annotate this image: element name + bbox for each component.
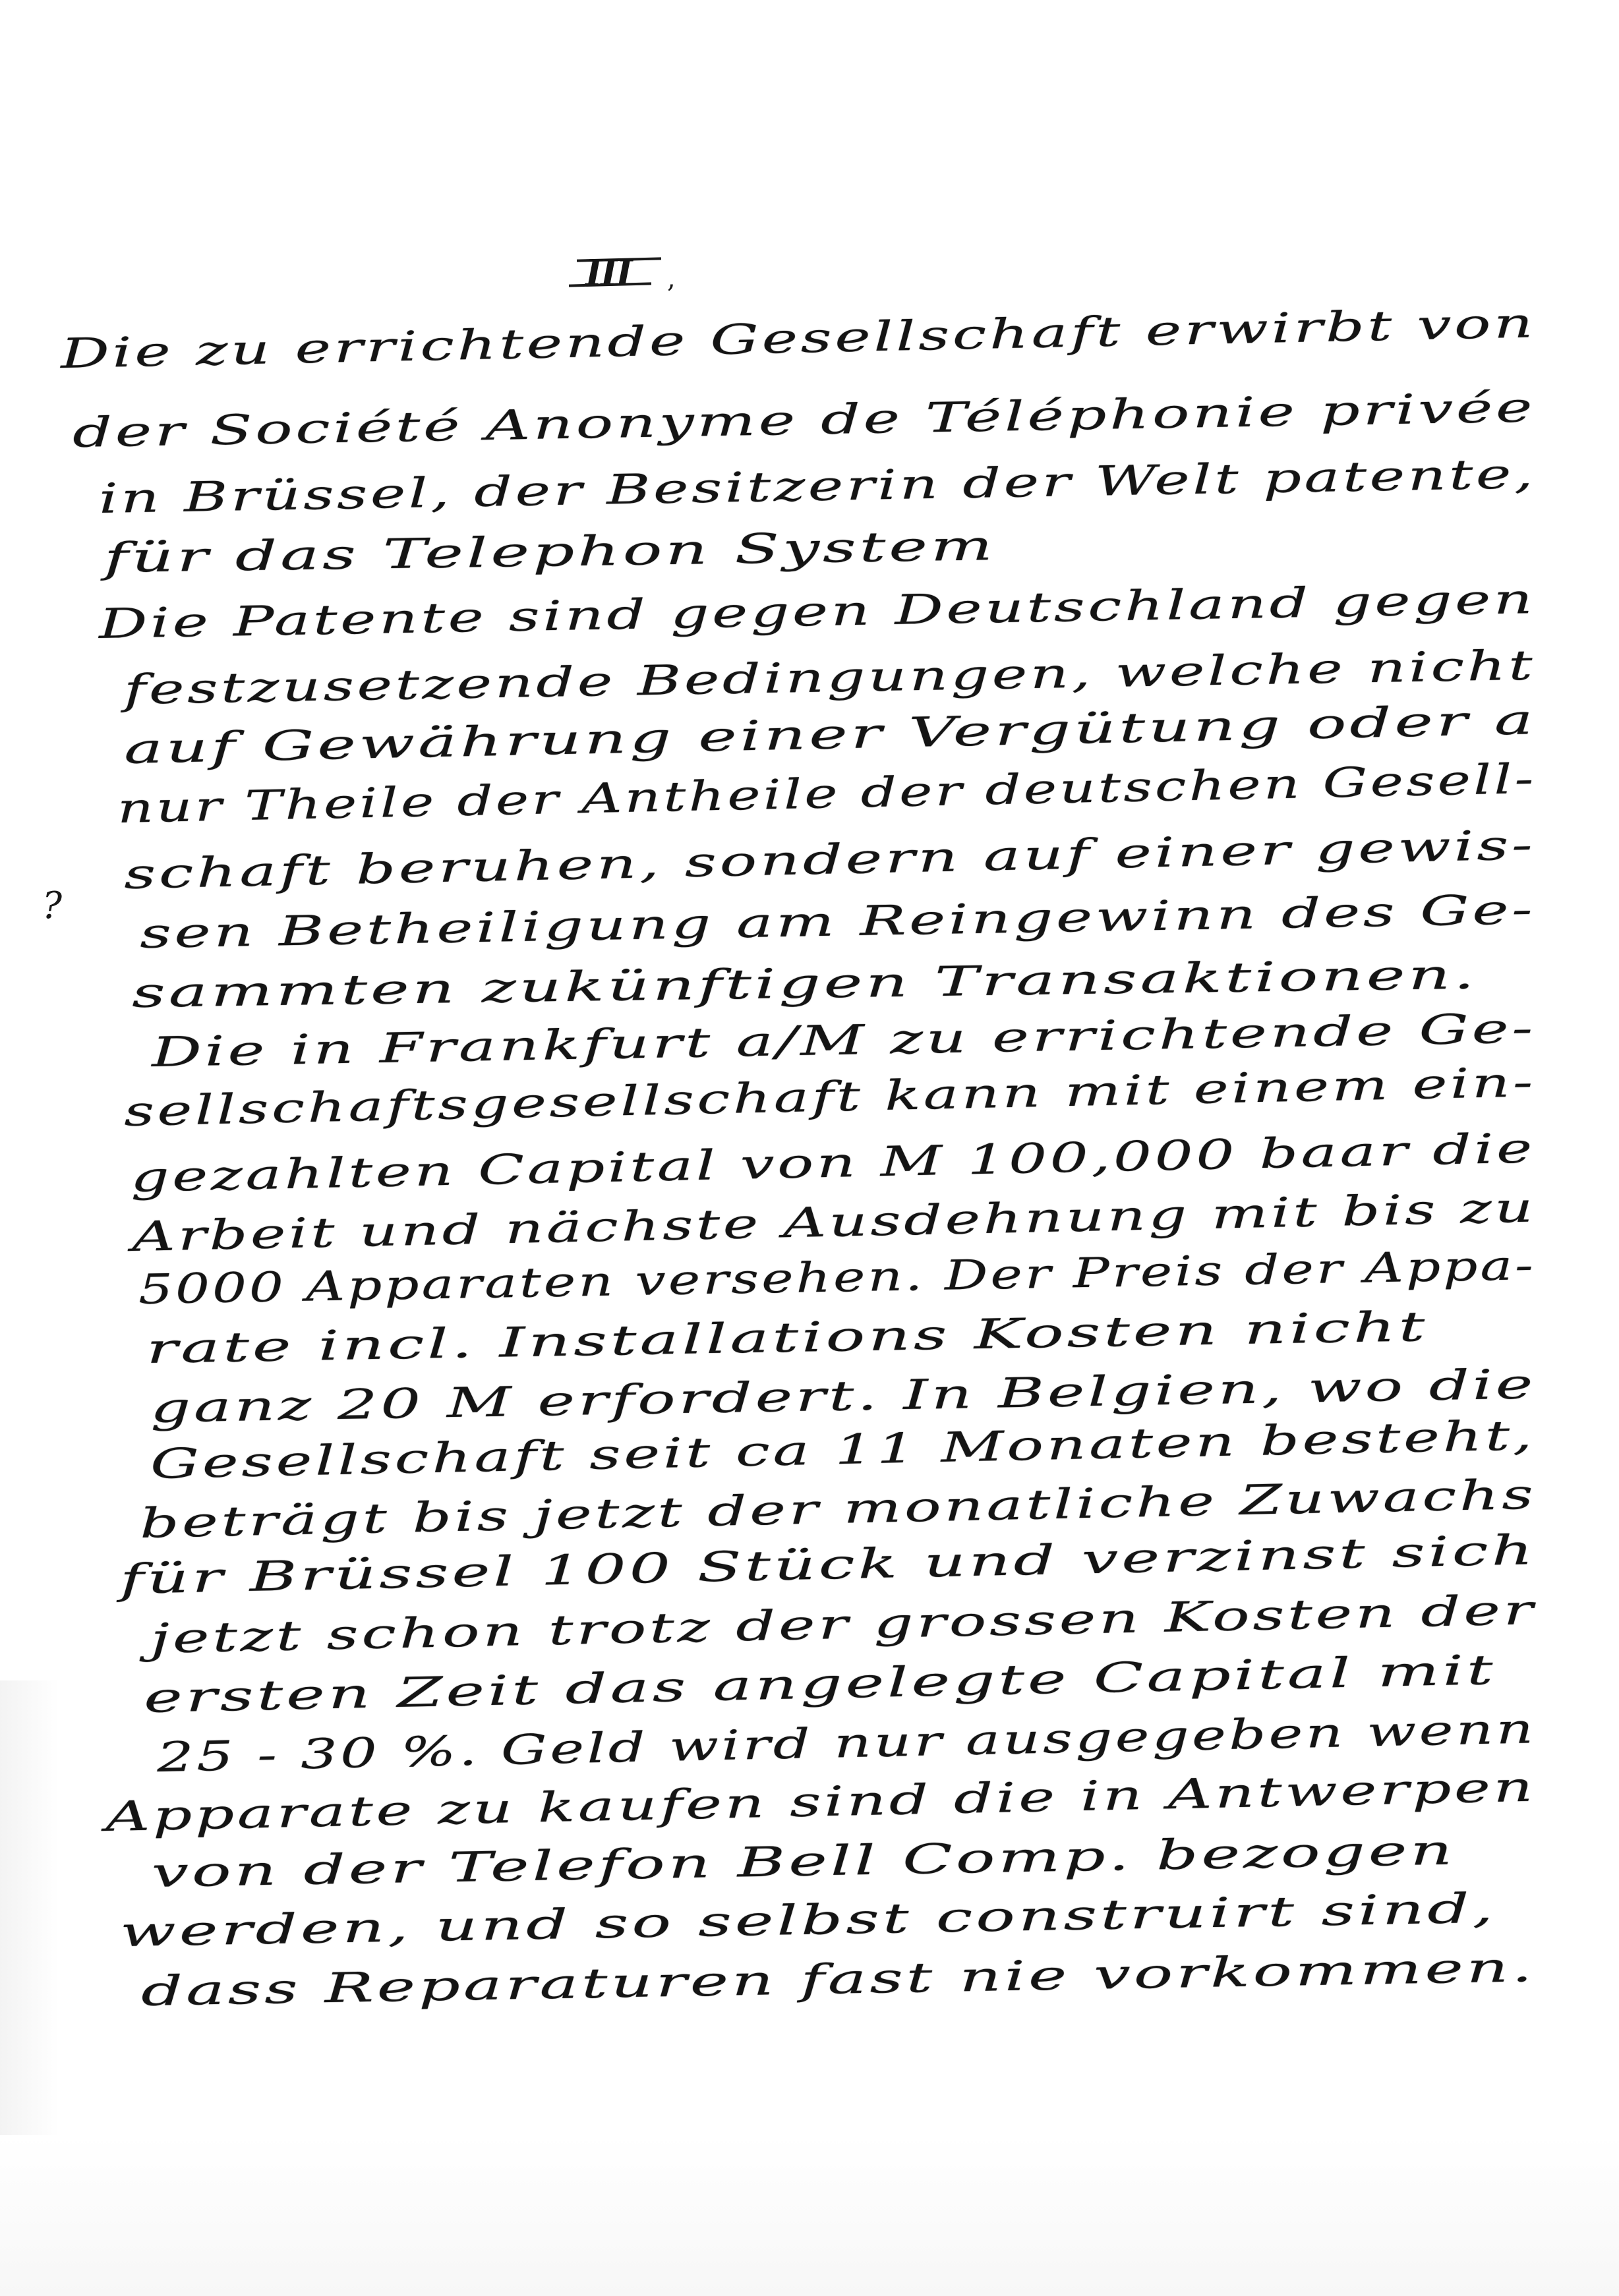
heading-mark: ,: [667, 264, 676, 294]
paper-bottom-margin: [0, 2135, 1619, 2296]
manuscript-line: sen Betheiligung am Reingewinn des Ge-: [139, 885, 1535, 958]
manuscript-line: von der Telefon Bell Comp. bezogen: [151, 1825, 1456, 1897]
manuscript-line: der Société Anonyme de Téléphonie privée: [72, 383, 1535, 457]
margin-question-mark: ?: [42, 884, 62, 927]
paper-edge-shadow: [0, 1680, 59, 2135]
manuscript-line: rate incl. Installations Kosten nicht: [146, 1302, 1428, 1373]
page-heading: III ,: [382, 256, 659, 302]
manuscript-line: dass Reparaturen fast nie vorkommen.: [140, 1943, 1535, 2015]
manuscript-line: schaft beruhen, sondern auf einer gewis-: [123, 820, 1536, 898]
page-number-roman: III: [585, 252, 632, 294]
manuscript-line: sammten zukünftigen Transaktionen.: [131, 950, 1477, 1017]
manuscript-line: Die zu errichtende Gesellschaft erwirbt …: [60, 299, 1536, 378]
manuscript-line: Die Patente sind gegen Deutschland gegen: [98, 575, 1535, 648]
manuscript-line: in Brüssel, der Besitzerin der Welt pate…: [98, 449, 1536, 523]
manuscript-line: werden, und so selbst construirt sind,: [119, 1884, 1496, 1956]
manuscript-page: III , ? Die zu errichtende Gesellschaft …: [0, 0, 1619, 2296]
manuscript-line: für das Telephon System: [103, 521, 996, 582]
